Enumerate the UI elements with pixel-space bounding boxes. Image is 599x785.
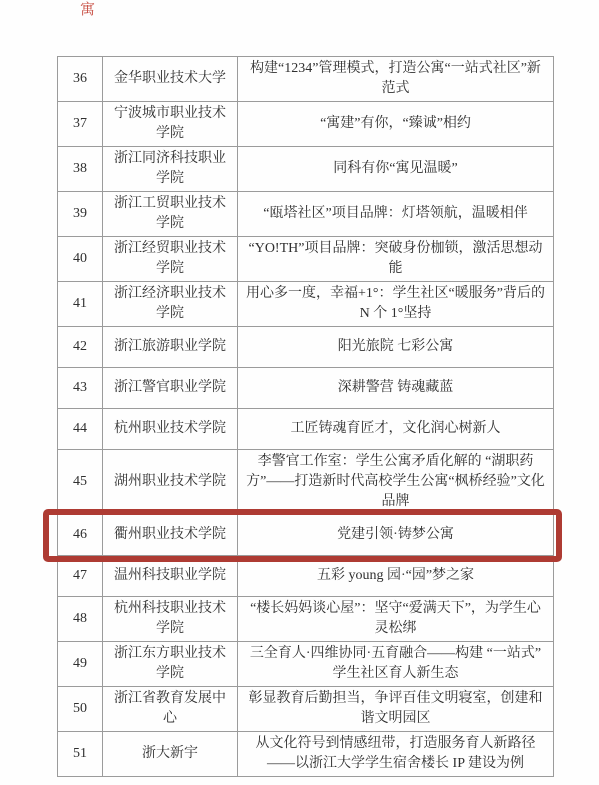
project-title-cell: 深耕警营 铸魂藏蓝 [238, 368, 554, 409]
project-title-cell: 同科有你“寓见温暖” [238, 147, 554, 192]
project-title-cell: 构建“1234”管理模式，打造公寓“一站式社区”新范式 [238, 57, 554, 102]
table-row: 49浙江东方职业技术学院三全育人·四维协同·五育融合——构建 “一站式” 学生社… [58, 642, 554, 687]
project-title-cell: 三全育人·四维协同·五育融合——构建 “一站式” 学生社区育人新生态 [238, 642, 554, 687]
row-number-cell: 46 [58, 515, 103, 556]
row-number-cell: 48 [58, 597, 103, 642]
table-row: 48杭州科技职业技术学院“楼长妈妈谈心屋”：坚守“爱满天下”，为学生心灵松绑 [58, 597, 554, 642]
project-title-cell: “瓯塔社区”项目品牌：灯塔领航，温暖相伴 [238, 192, 554, 237]
row-number-cell: 42 [58, 327, 103, 368]
project-title-cell: 用心多一度，幸福+1°：学生社区“暖服务”背后的 N 个 1°坚持 [238, 282, 554, 327]
project-title-cell: 五彩 young 园·“园”梦之家 [238, 556, 554, 597]
table-row: 36金华职业技术大学构建“1234”管理模式，打造公寓“一站式社区”新范式 [58, 57, 554, 102]
project-title-cell: “YO!TH”项目品牌：突破身份枷锁，激活思想动能 [238, 237, 554, 282]
project-title-cell: 李警官工作室：学生公寓矛盾化解的 “湖职药方”——打造新时代高校学生公寓“枫桥经… [238, 450, 554, 515]
school-cell: 浙江经济职业技术学院 [103, 282, 238, 327]
row-number-cell: 40 [58, 237, 103, 282]
school-cell: 浙江省教育发展中心 [103, 687, 238, 732]
document-page: 寓 36金华职业技术大学构建“1234”管理模式，打造公寓“一站式社区”新范式3… [0, 0, 599, 785]
school-cell: 杭州职业技术学院 [103, 409, 238, 450]
school-cell: 浙江东方职业技术学院 [103, 642, 238, 687]
school-cell: 浙江旅游职业学院 [103, 327, 238, 368]
table-row: 42浙江旅游职业学院阳光旅院 七彩公寓 [58, 327, 554, 368]
school-cell: 杭州科技职业技术学院 [103, 597, 238, 642]
table-row: 43浙江警官职业学院深耕警营 铸魂藏蓝 [58, 368, 554, 409]
school-cell: 浙江经贸职业技术学院 [103, 237, 238, 282]
school-cell: 湖州职业技术学院 [103, 450, 238, 515]
school-cell: 浙江警官职业学院 [103, 368, 238, 409]
row-number-cell: 41 [58, 282, 103, 327]
table-row: 41浙江经济职业技术学院用心多一度，幸福+1°：学生社区“暖服务”背后的 N 个… [58, 282, 554, 327]
table-row: 46衢州职业技术学院党建引领·铸梦公寓 [58, 515, 554, 556]
school-cell: 衢州职业技术学院 [103, 515, 238, 556]
project-title-cell: 阳光旅院 七彩公寓 [238, 327, 554, 368]
table-row: 44杭州职业技术学院工匠铸魂育匠才，文化润心树新人 [58, 409, 554, 450]
table-row: 38浙江同济科技职业学院同科有你“寓见温暖” [58, 147, 554, 192]
row-number-cell: 43 [58, 368, 103, 409]
school-cell: 浙大新宇 [103, 732, 238, 777]
school-cell: 浙江工贸职业技术学院 [103, 192, 238, 237]
row-number-cell: 51 [58, 732, 103, 777]
school-cell: 金华职业技术大学 [103, 57, 238, 102]
row-number-cell: 36 [58, 57, 103, 102]
school-cell: 温州科技职业学院 [103, 556, 238, 597]
row-number-cell: 38 [58, 147, 103, 192]
award-list-table: 36金华职业技术大学构建“1234”管理模式，打造公寓“一站式社区”新范式37宁… [57, 56, 554, 777]
table-row: 50浙江省教育发展中心彰显教育后勤担当，争评百佳文明寝室，创建和谐文明园区 [58, 687, 554, 732]
table-row: 45湖州职业技术学院李警官工作室：学生公寓矛盾化解的 “湖职药方”——打造新时代… [58, 450, 554, 515]
project-title-cell: “楼长妈妈谈心屋”：坚守“爱满天下”，为学生心灵松绑 [238, 597, 554, 642]
award-list-table-body: 36金华职业技术大学构建“1234”管理模式，打造公寓“一站式社区”新范式37宁… [58, 57, 554, 777]
table-row: 39浙江工贸职业技术学院“瓯塔社区”项目品牌：灯塔领航，温暖相伴 [58, 192, 554, 237]
project-title-cell: 工匠铸魂育匠才，文化润心树新人 [238, 409, 554, 450]
table-row: 37宁波城市职业技术学院“寓建”有你，“臻诚”相约 [58, 102, 554, 147]
row-number-cell: 47 [58, 556, 103, 597]
row-number-cell: 49 [58, 642, 103, 687]
school-cell: 浙江同济科技职业学院 [103, 147, 238, 192]
project-title-cell: “寓建”有你，“臻诚”相约 [238, 102, 554, 147]
project-title-cell: 党建引领·铸梦公寓 [238, 515, 554, 556]
red-annotation-mark: 寓 [80, 2, 95, 18]
table-row: 51浙大新宇从文化符号到情感纽带，打造服务育人新路径——以浙江大学学生宿舍楼长 … [58, 732, 554, 777]
row-number-cell: 50 [58, 687, 103, 732]
project-title-cell: 从文化符号到情感纽带，打造服务育人新路径——以浙江大学学生宿舍楼长 IP 建设为… [238, 732, 554, 777]
row-number-cell: 39 [58, 192, 103, 237]
school-cell: 宁波城市职业技术学院 [103, 102, 238, 147]
table-row: 47温州科技职业学院五彩 young 园·“园”梦之家 [58, 556, 554, 597]
row-number-cell: 45 [58, 450, 103, 515]
row-number-cell: 44 [58, 409, 103, 450]
project-title-cell: 彰显教育后勤担当，争评百佳文明寝室，创建和谐文明园区 [238, 687, 554, 732]
table-row: 40浙江经贸职业技术学院“YO!TH”项目品牌：突破身份枷锁，激活思想动能 [58, 237, 554, 282]
row-number-cell: 37 [58, 102, 103, 147]
